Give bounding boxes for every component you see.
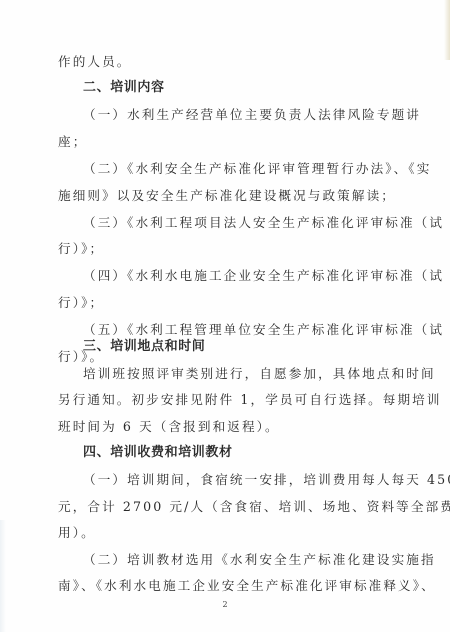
paragraph-continuation: 作的人员。 [58, 54, 374, 70]
content-item-3-cont: 行）》； [58, 241, 374, 257]
page-number: 2 [0, 600, 450, 609]
page-edge-shadow [444, 0, 450, 60]
fee-item-1: （一）培训期间，食宿统一安排，培训费用每人每天 450 [83, 472, 374, 488]
content-item-2: （二）《水利安全生产标准化评审管理暂行办法》、《实 [83, 161, 374, 177]
location-paragraph-line-1: 培训班按照评审类别进行，自愿参加，具体地点和时间 [83, 366, 374, 382]
section-heading-2: 二、培训内容 [83, 80, 374, 96]
section-heading-3: 三、培训地点和时间 [83, 339, 374, 355]
page-edge-shadow-left [0, 520, 6, 632]
materials-item-2: （二）培训教材选用《水利安全生产标准化建设实施指 [83, 552, 374, 568]
content-item-4-cont: 行）》； [58, 295, 374, 311]
content-item-2-cont: 施细则》以及安全生产标准化建设概况与政策解读； [58, 188, 374, 204]
content-item-4: （四）《水利水电施工企业安全生产标准化评审标准（试 [83, 268, 374, 284]
section-heading-4: 四、培训收费和培训教材 [83, 445, 374, 461]
content-item-1-cont: 座； [58, 134, 374, 150]
location-paragraph-line-3: 班时间为 6 天（含报到和返程）。 [58, 419, 374, 435]
materials-item-2-cont: 南》、《水利水电施工企业安全生产标准化评审标准释义》、 [58, 578, 374, 594]
content-item-3: （三）《水利工程项目法人安全生产标准化评审标准（试 [83, 215, 374, 231]
fee-item-1-cont: 元，合计 2700 元/人（含食宿、培训、场地、资料等全部费 [58, 499, 374, 515]
fee-item-1-end: 用）。 [58, 525, 374, 541]
content-item-1: （一）水利生产经营单位主要负责人法律风险专题讲 [83, 107, 374, 123]
content-item-5: （五）《水利工程管理单位安全生产标准化评审标准（试 [83, 322, 374, 338]
document-page: 作的人员。 二、培训内容 （一）水利生产经营单位主要负责人法律风险专题讲 座； … [0, 0, 450, 632]
location-paragraph-line-2: 另行通知。初步安排见附件 1，学员可自行选择。每期培训 [58, 392, 374, 408]
